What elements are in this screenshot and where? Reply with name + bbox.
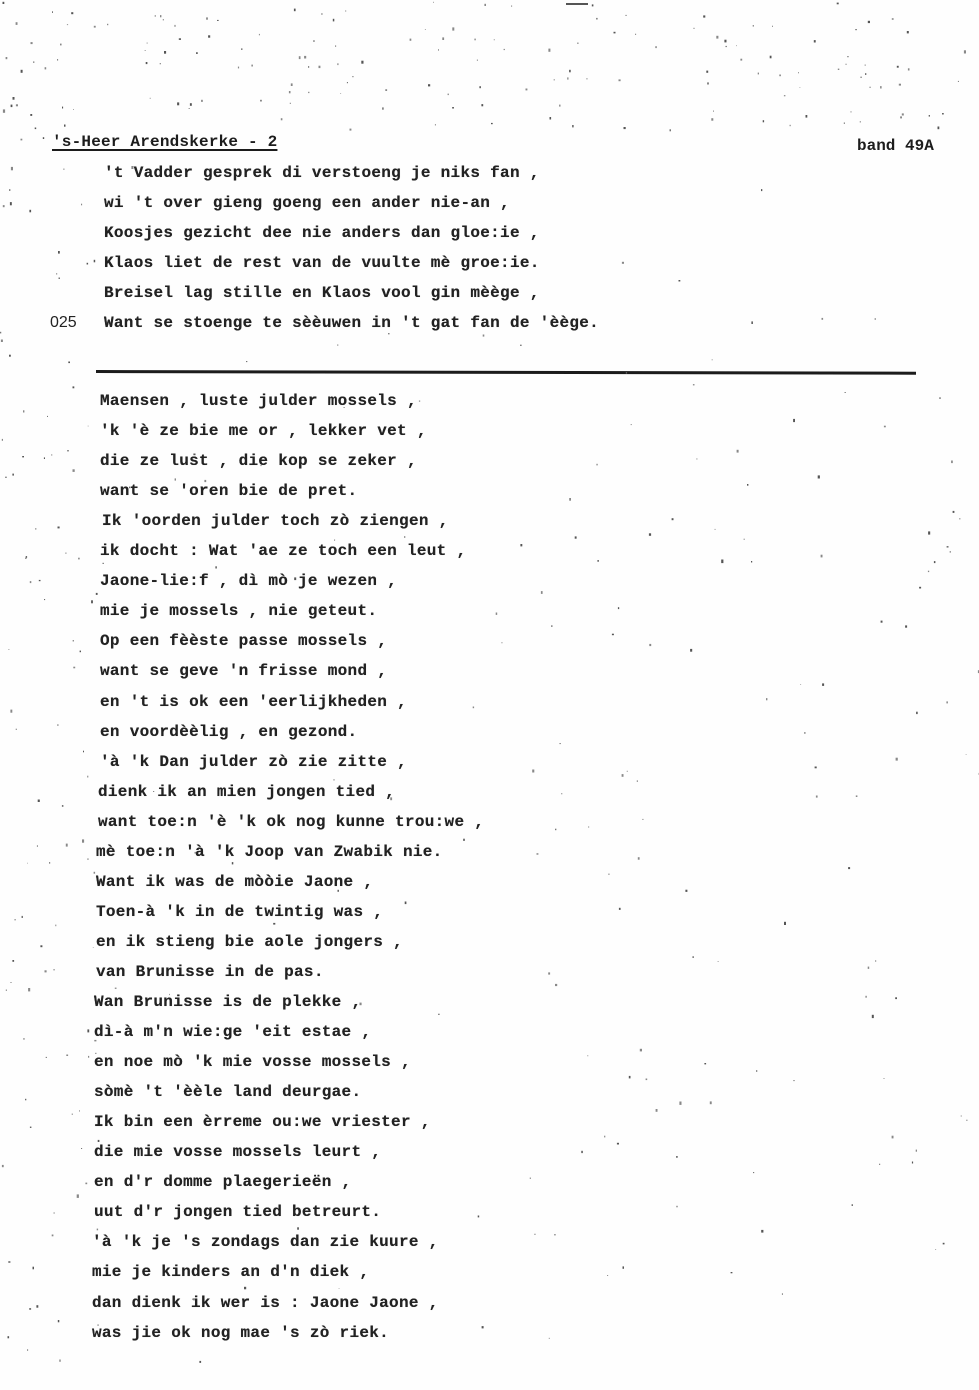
song-line: mè toe:n 'à 'k Joop van Zwabik nie. bbox=[96, 843, 443, 861]
song-line: en 't is ok een 'eerlijkheden , bbox=[100, 693, 407, 711]
song-line: Ik 'oorden julder toch zò ziengen , bbox=[102, 512, 449, 530]
song-line: mie je kinders an d'n diek , bbox=[92, 1263, 369, 1281]
song-line: Op een fèèste passe mossels , bbox=[100, 632, 387, 650]
document-header-title: 's-Heer Arendskerke - 2 bbox=[52, 133, 277, 151]
stanza-1-line: 't Vadder gesprek di verstoeng je niks f… bbox=[104, 164, 540, 182]
song-line: 'à 'k Dan julder zò zie zitte , bbox=[100, 753, 407, 771]
song-line: Wan Brunisse is de plekke , bbox=[94, 993, 361, 1011]
scanned-document-page: 's-Heer Arendskerke - 2 band 49A 't Vadd… bbox=[0, 0, 979, 1390]
stanza-1-line: wi 't over gieng goeng een ander nie-an … bbox=[104, 194, 510, 212]
song-line: dienk ik an mien jongen tied , bbox=[98, 783, 395, 801]
song-line: want se geve 'n frisse mond , bbox=[100, 662, 387, 680]
stanza-1-line: Breisel lag stille en Klaos vool gin mèè… bbox=[104, 284, 540, 302]
section-divider bbox=[96, 370, 916, 375]
song-line: en d'r domme plaegerieën , bbox=[94, 1173, 351, 1191]
song-line: Want ik was de mòòie Jaone , bbox=[96, 873, 373, 891]
song-line: sòmè 't 'èèle land deurgae. bbox=[94, 1083, 361, 1101]
song-line: want se 'oren bie de pret. bbox=[100, 482, 357, 500]
song-line: dì-à m'n wie:ge 'eit estae , bbox=[94, 1023, 371, 1041]
stanza-1-line: Koosjes gezicht dee nie anders dan gloe:… bbox=[104, 224, 540, 242]
song-line: en noe mò 'k mie vosse mossels , bbox=[94, 1053, 411, 1071]
song-line: mie je mossels , nie geteut. bbox=[100, 602, 377, 620]
song-line: Toen-à 'k in de twintig was , bbox=[96, 903, 383, 921]
stanza-1-line: Klaos liet de rest van de vuulte mè groe… bbox=[104, 254, 540, 272]
song-line: uut d'r jongen tied betreurt. bbox=[94, 1203, 381, 1221]
song-line: van Brunisse in de pas. bbox=[96, 963, 324, 981]
song-line: Maensen , luste julder mossels , bbox=[100, 392, 417, 410]
song-line: Jaone-lie:f , dì mò je wezen , bbox=[100, 572, 397, 590]
song-line: die ze lust , die kop se zeker , bbox=[100, 452, 417, 470]
song-line: en ik stieng bie aole jongers , bbox=[96, 933, 403, 951]
song-line: Ik bin een èrreme ou:we vriester , bbox=[94, 1113, 431, 1131]
song-line: en voordèèlig , en gezond. bbox=[100, 723, 357, 741]
song-line: 'k 'è ze bie me or , lekker vet , bbox=[100, 422, 427, 440]
line-number-marker: 025 bbox=[50, 314, 77, 332]
band-label: band 49A bbox=[857, 137, 934, 155]
song-line: 'à 'k je 's zondags dan zie kuure , bbox=[92, 1233, 439, 1251]
song-line: ik docht : Wat 'ae ze toch een leut , bbox=[100, 542, 466, 560]
song-line: was jie ok nog mae 's zò riek. bbox=[92, 1324, 389, 1342]
song-line: dan dienk ik wer is : Jaone Jaone , bbox=[92, 1294, 439, 1312]
song-line: die mie vosse mossels leurt , bbox=[94, 1143, 381, 1161]
song-line: want toe:n 'è 'k ok nog kunne trou:we , bbox=[98, 813, 484, 831]
stanza-1-line: Want se stoenge te sèèuwen in 't gat fan… bbox=[104, 314, 599, 332]
scan-mark bbox=[566, 3, 588, 5]
